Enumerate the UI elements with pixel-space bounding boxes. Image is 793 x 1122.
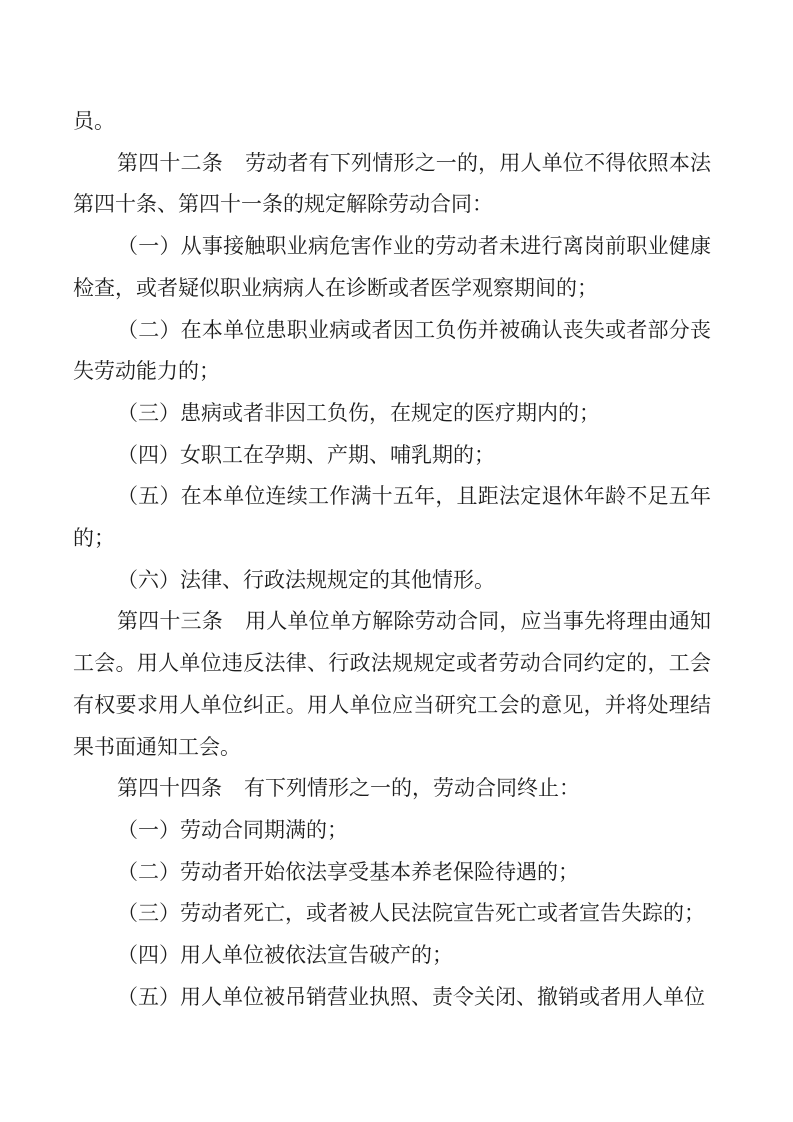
article-number: 第四十二条 [117, 151, 223, 175]
article-number: 第四十四条 [117, 776, 222, 800]
article-42-item-3: （三）患病或者非因工负伤，在规定的医疗期内的； [73, 393, 711, 435]
article-44-item-1: （一）劳动合同期满的； [73, 810, 711, 852]
article-number: 第四十三条 [117, 609, 223, 633]
article-44-item-2: （二）劳动者开始依法享受基本养老保险待遇的； [73, 852, 711, 894]
article-42-item-5: （五）在本单位连续工作满十五年，且距法定退休年龄不足五年的； [73, 476, 711, 559]
article-42-item-6: （六）法律、行政法规规定的其他情形。 [73, 560, 711, 602]
article-42-item-1: （一）从事接触职业病危害作业的劳动者未进行离岗前职业健康检查，或者疑似职业病病人… [73, 226, 711, 309]
article-44-item-5: （五）用人单位被吊销营业执照、责令关闭、撤销或者用人单位 [73, 977, 711, 1019]
continuation-text: 员。 [73, 101, 711, 143]
article-43: 第四十三条用人单位单方解除劳动合同，应当事先将理由通知工会。用人单位违反法律、行… [73, 601, 711, 768]
article-44-item-4: （四）用人单位被依法宣告破产的； [73, 935, 711, 977]
article-body: 有下列情形之一的，劳动合同终止： [244, 776, 580, 800]
document-page: 员。 第四十二条劳动者有下列情形之一的，用人单位不得依照本法第四十条、第四十一条… [73, 101, 711, 1018]
article-44-item-3: （三）劳动者死亡，或者被人民法院宣告死亡或者宣告失踪的； [73, 893, 711, 935]
article-42-item-2: （二）在本单位患职业病或者因工负伤并被确认丧失或者部分丧失劳动能力的； [73, 310, 711, 393]
article-42-item-4: （四）女职工在孕期、产期、哺乳期的； [73, 435, 711, 477]
article-42: 第四十二条劳动者有下列情形之一的，用人单位不得依照本法第四十条、第四十一条的规定… [73, 143, 711, 226]
article-44: 第四十四条有下列情形之一的，劳动合同终止： [73, 768, 711, 810]
